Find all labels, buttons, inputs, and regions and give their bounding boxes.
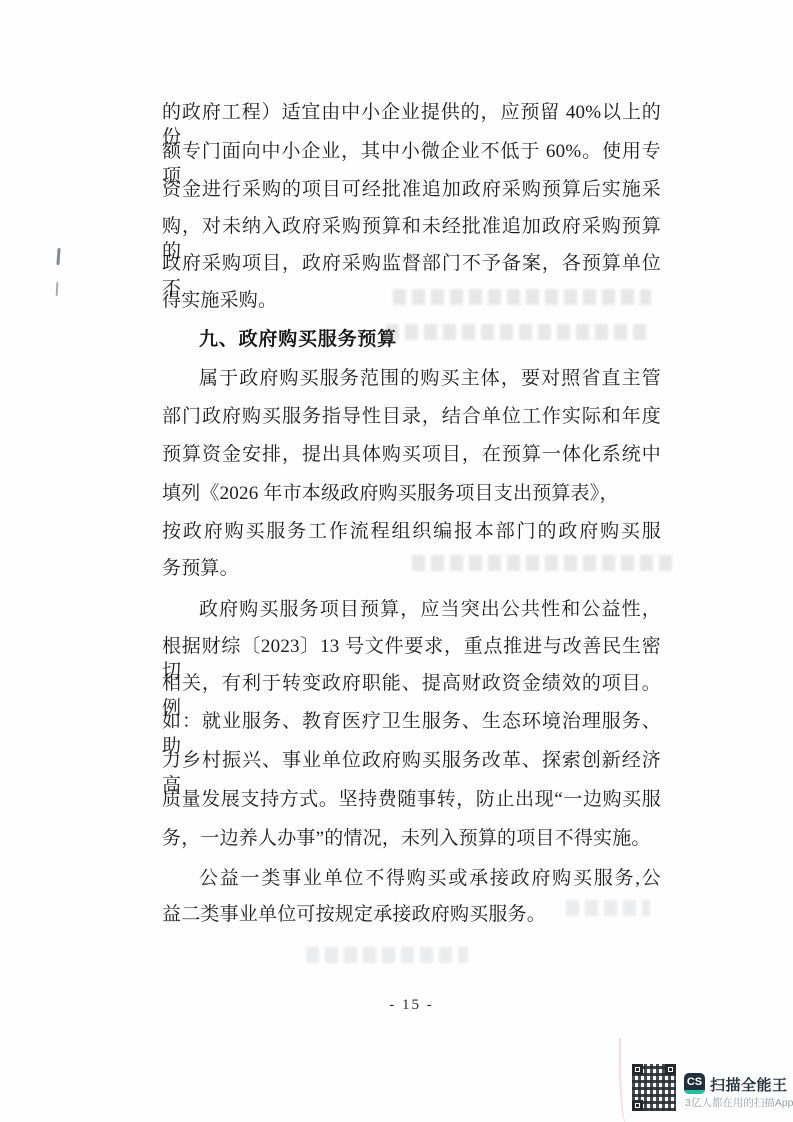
- scan-mark: [56, 282, 59, 296]
- camscanner-logo-accent: [684, 1090, 705, 1094]
- qr-finder-icon: [632, 1100, 643, 1111]
- qr-code-icon: [632, 1064, 676, 1111]
- camscanner-logo-icon: CS: [684, 1073, 705, 1094]
- bleedthrough-artifact: [306, 947, 468, 963]
- camscanner-logo-text: CS: [687, 1076, 702, 1088]
- app-name: 扫描全能王: [710, 1074, 788, 1095]
- text-line: 填列《2026 年市本级政府购买服务项目支出预算表》，: [162, 481, 661, 506]
- bleedthrough-artifact: [393, 289, 651, 305]
- scan-edge-artifact: [619, 1038, 631, 1122]
- bleedthrough-artifact: [566, 900, 650, 916]
- app-tagline: 3亿人都在用的扫描App: [685, 1095, 793, 1110]
- document-page: 的政府工程）适宜由中小企业提供的，应预留 40%以上的份额专门面向中小企业，其中…: [0, 0, 793, 1122]
- bleedthrough-artifact: [412, 555, 672, 571]
- qr-finder-icon: [665, 1064, 676, 1075]
- qr-finder-icon: [632, 1064, 643, 1075]
- scan-mark: [56, 248, 60, 265]
- page-number: - 15 -: [162, 997, 661, 1014]
- bleedthrough-artifact: [386, 324, 650, 340]
- text-line: 务，一边养人办事”的情况，未列入预算的项目不得实施。: [162, 826, 661, 851]
